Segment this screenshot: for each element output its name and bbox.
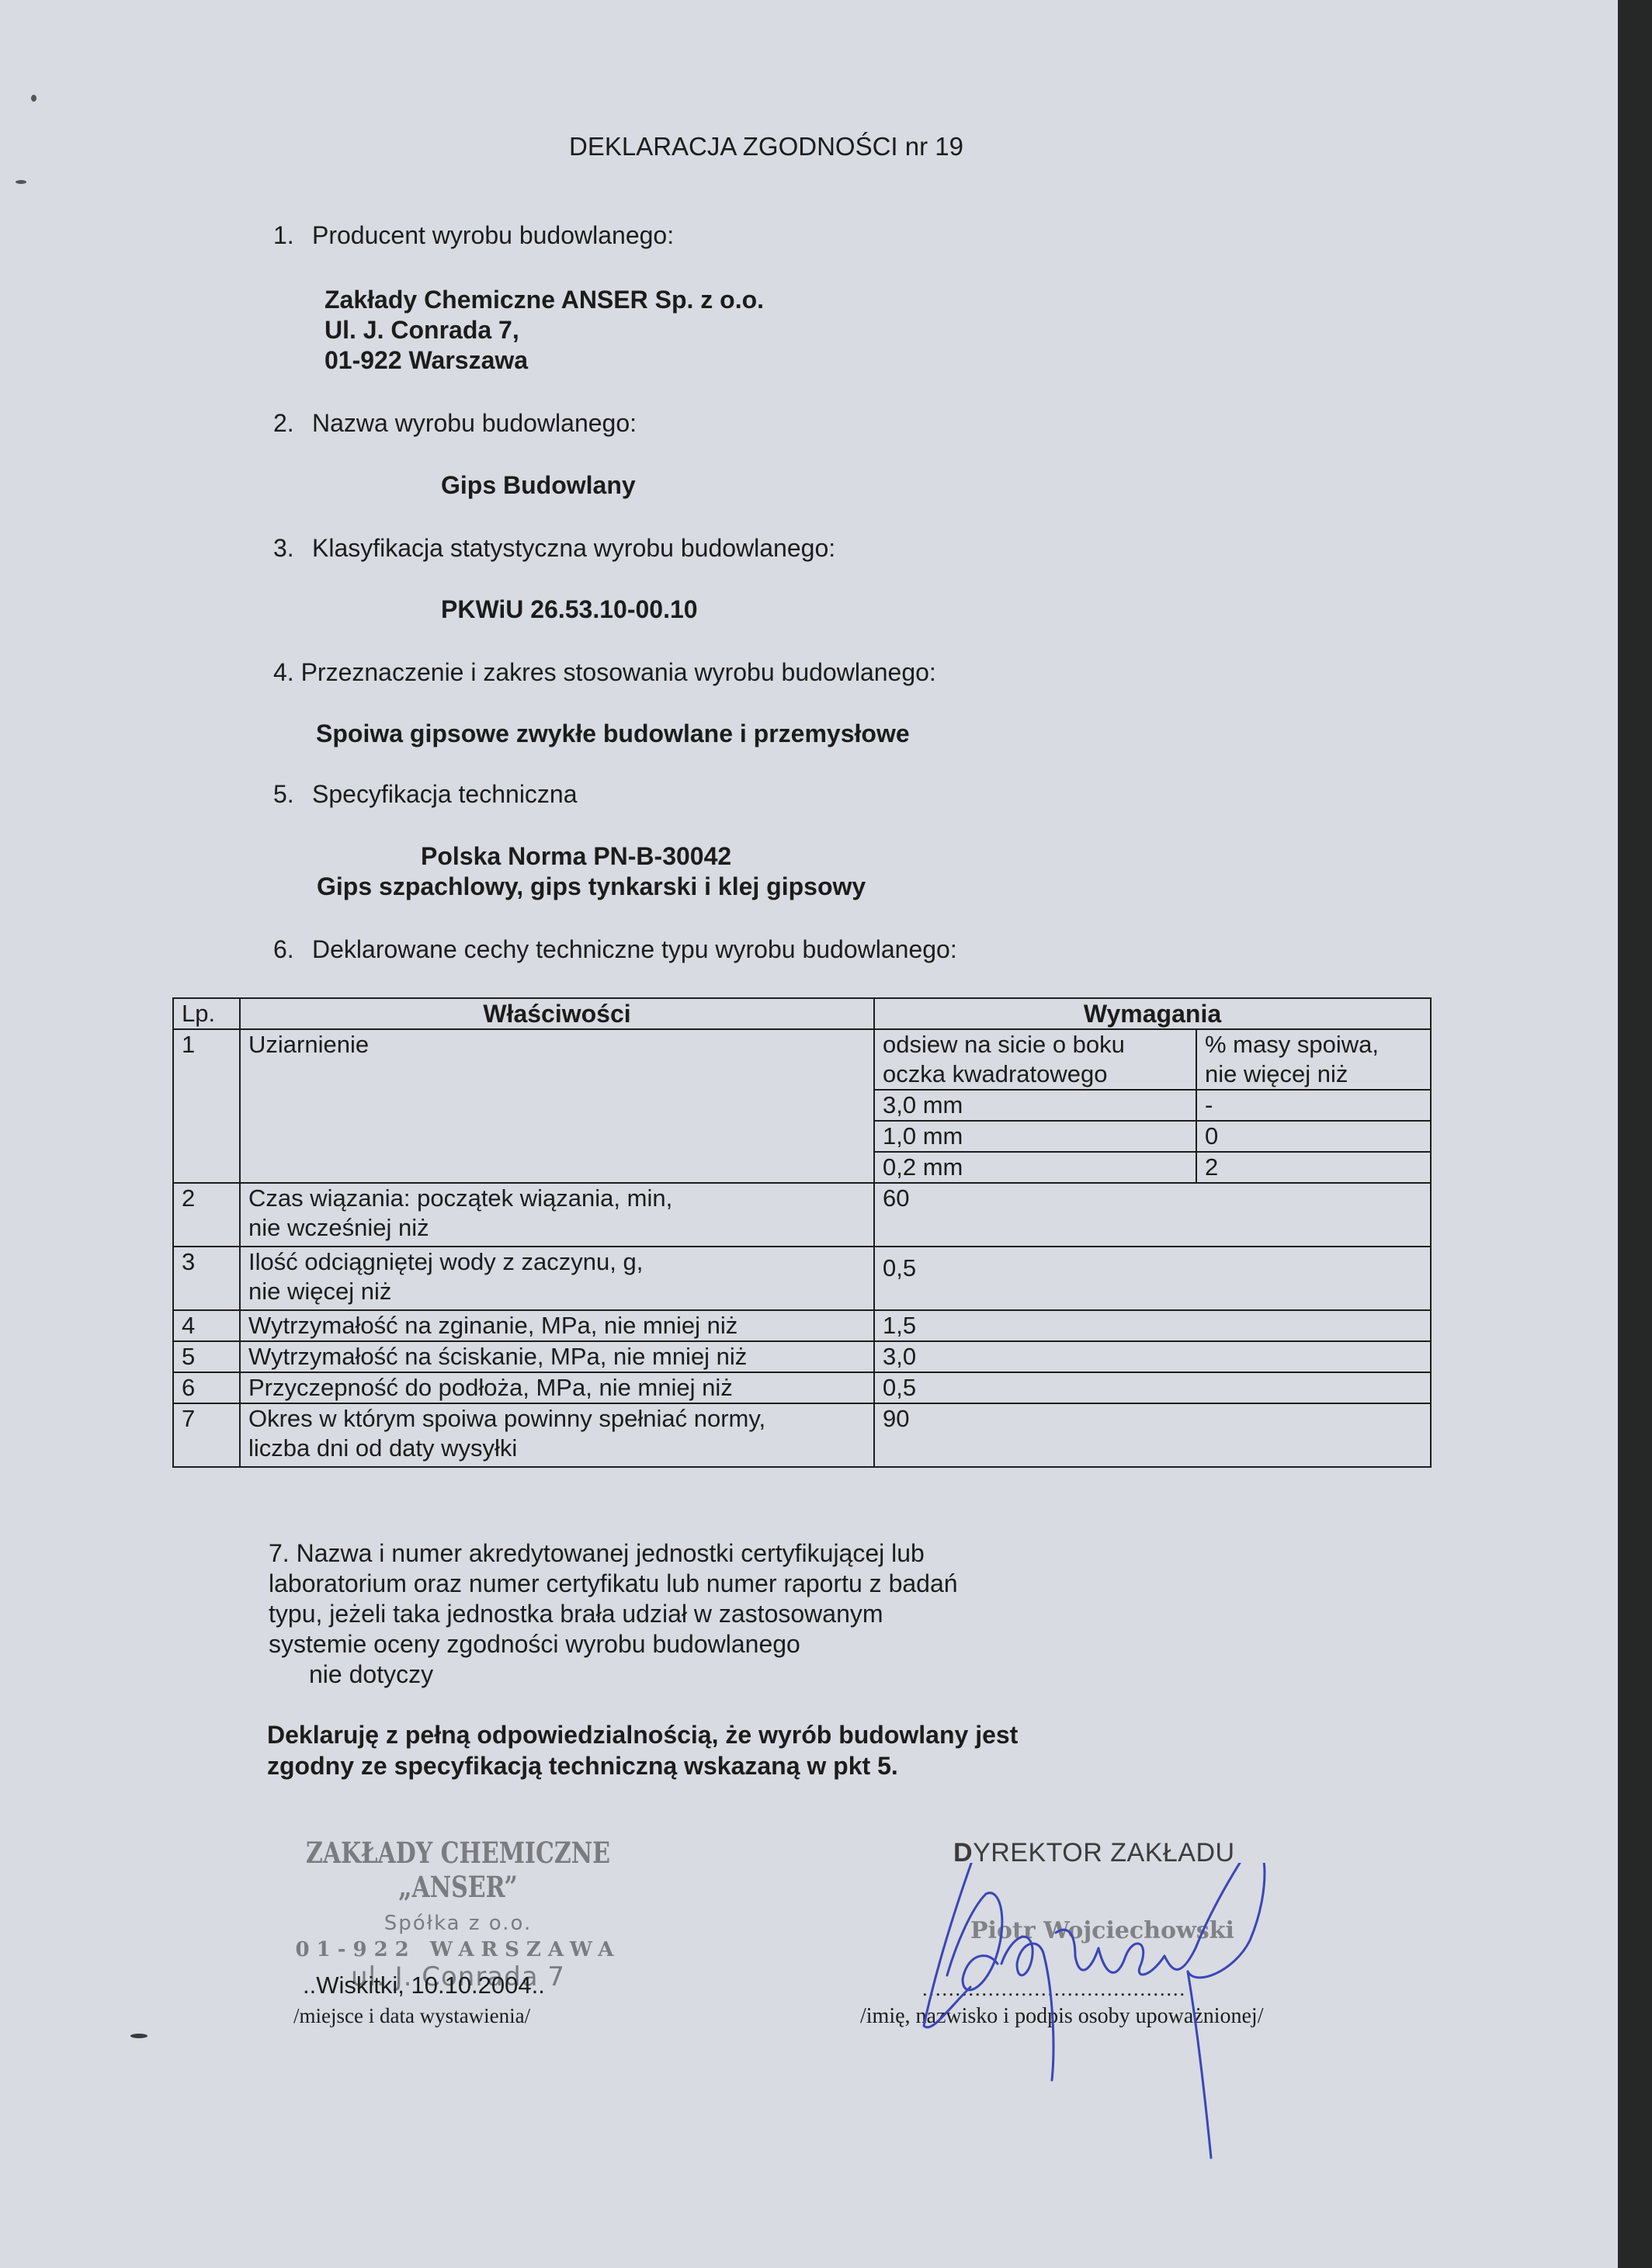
section-7-line: 7. Nazwa i numer akredytowanej jednostki… — [269, 1538, 958, 1569]
section-label: Nazwa wyrobu budowlanego: — [312, 409, 637, 437]
section-5-heading: 5.Specyfikacja techniczna — [273, 780, 578, 809]
stamp-company-type: Spółka z o.o. — [256, 1912, 660, 1935]
header-property: Właściwości — [240, 998, 874, 1029]
subheader-line: oczka kwadratowego — [883, 1060, 1108, 1087]
section-6-heading: 6.Deklarowane cechy techniczne typu wyro… — [273, 935, 957, 964]
sieve-value: - — [1196, 1090, 1431, 1121]
product-name: Gips Budowlany — [441, 471, 636, 500]
section-7-line: typu, jeżeli taka jednostka brała udział… — [269, 1599, 958, 1629]
subheader-line: % masy spoiwa, — [1205, 1031, 1379, 1058]
row-value: 0,5 — [874, 1247, 1431, 1310]
scan-speck — [130, 2034, 147, 2038]
sieve-size: 0,2 mm — [874, 1152, 1196, 1183]
property-line: nie więcej niż — [248, 1278, 391, 1305]
row-lp: 5 — [173, 1341, 240, 1372]
sieve-value: 0 — [1196, 1121, 1431, 1152]
table-header-row: Lp. Właściwości Wymagania — [173, 998, 1431, 1029]
row-lp: 2 — [173, 1183, 240, 1247]
row-property: Uziarnienie — [240, 1029, 874, 1183]
section-2-heading: 2.Nazwa wyrobu budowlanego: — [273, 409, 637, 438]
section-4-heading: 4. Przeznaczenie i zakres stosowania wyr… — [273, 658, 936, 687]
company-stamp: ZAKŁADY CHEMICZNE „ANSER” Spółka z o.o. … — [256, 1843, 660, 1992]
place-date: ..Wiskitki, 10.10.2004.. — [303, 1971, 545, 1999]
declaration-line: Deklaruję z pełną odpowiedzialnością, że… — [267, 1719, 1018, 1750]
row-value: 90 — [874, 1403, 1431, 1467]
intended-use: Spoiwa gipsowe zwykłe budowlane i przemy… — [316, 720, 910, 748]
table-row: 2 Czas wiązania: początek wiązania, min,… — [173, 1183, 1431, 1247]
property-line: liczba dni od daty wysyłki — [248, 1434, 517, 1462]
header-lp: Lp. — [173, 998, 240, 1029]
section-7-value: nie dotyczy — [269, 1659, 958, 1690]
row-property: Wytrzymałość na ściskanie, MPa, nie mnie… — [240, 1341, 874, 1372]
property-line: Czas wiązania: początek wiązania, min, — [248, 1184, 672, 1212]
header-requirements: Wymagania — [874, 998, 1431, 1029]
row-property: Okres w którym spoiwa powinny spełniać n… — [240, 1403, 874, 1467]
value-text: 0,5 — [883, 1254, 916, 1281]
row-lp: 6 — [173, 1372, 240, 1403]
row-value: 1,5 — [874, 1310, 1431, 1341]
property-line: Okres w którym spoiwa powinny spełniać n… — [248, 1405, 765, 1432]
pkwiu-code: PKWiU 26.53.10-00.10 — [441, 595, 698, 624]
property-line: nie wcześniej niż — [248, 1214, 429, 1241]
row-property: Czas wiązania: początek wiązania, min,ni… — [240, 1183, 874, 1247]
table-row: 3 Ilość odciągniętej wody z zaczynu, g,n… — [173, 1247, 1431, 1310]
handwritten-signature — [901, 1863, 1335, 2189]
row-lp: 3 — [173, 1247, 240, 1310]
subheader-line: odsiew na sicie o boku — [883, 1031, 1125, 1058]
producer-name: Zakłady Chemiczne ANSER Sp. z o.o. — [324, 286, 764, 314]
section-number: 3. — [273, 534, 312, 563]
subheader-line: nie więcej niż — [1205, 1060, 1348, 1087]
scan-speck — [16, 180, 26, 184]
table-row: 4 Wytrzymałość na zginanie, MPa, nie mni… — [173, 1310, 1431, 1341]
section-label: Specyfikacja techniczna — [312, 780, 578, 808]
row-property: Wytrzymałość na zginanie, MPa, nie mniej… — [240, 1310, 874, 1341]
row-property: Ilość odciągniętej wody z zaczynu, g,nie… — [240, 1247, 874, 1310]
sieve-size: 3,0 mm — [874, 1090, 1196, 1121]
declaration-statement: Deklaruję z pełną odpowiedzialnością, że… — [267, 1719, 1018, 1781]
stamp-company-name: ZAKŁADY CHEMICZNE „ANSER” — [256, 1836, 660, 1905]
sieve-subheader: odsiew na sicie o bokuoczka kwadratowego — [874, 1029, 1196, 1090]
producer-city: 01-922 Warszawa — [324, 346, 528, 375]
property-line: Ilość odciągniętej wody z zaczynu, g, — [248, 1248, 643, 1275]
section-1-heading: 1.Producent wyrobu budowlanego: — [273, 221, 674, 250]
section-number: 4. — [273, 658, 294, 686]
row-lp: 1 — [173, 1029, 240, 1183]
section-number: 6. — [273, 935, 312, 964]
place-date-caption: /miejsce i data wystawienia/ — [293, 2004, 530, 2028]
section-label: Klasyfikacja statystyczna wyrobu budowla… — [312, 534, 835, 562]
standard-description: Gips szpachlowy, gips tynkarski i klej g… — [317, 872, 866, 901]
section-7-line: systemie oceny zgodności wyrobu budowlan… — [269, 1629, 958, 1659]
table-row: 7 Okres w którym spoiwa powinny spełniać… — [173, 1403, 1431, 1467]
section-3-heading: 3.Klasyfikacja statystyczna wyrobu budow… — [273, 534, 835, 563]
section-number: 5. — [273, 780, 312, 809]
row-value: 60 — [874, 1183, 1431, 1247]
section-number: 2. — [273, 409, 312, 438]
scanner-edge — [1618, 0, 1652, 2268]
row-lp: 7 — [173, 1403, 240, 1467]
properties-table: Lp. Właściwości Wymagania 1 Uziarnienie … — [172, 997, 1432, 1468]
section-label: Deklarowane cechy techniczne typu wyrobu… — [312, 935, 957, 963]
section-7-text: 7. Nazwa i numer akredytowanej jednostki… — [269, 1538, 958, 1690]
stamp-postal-city: 01-922 WARSZAWA — [256, 1938, 660, 1961]
standard-name: Polska Norma PN-B-30042 — [421, 842, 731, 871]
declaration-line: zgodny ze specyfikacją techniczną wskaza… — [267, 1750, 1018, 1781]
sieve-size: 1,0 mm — [874, 1121, 1196, 1152]
mass-subheader: % masy spoiwa,nie więcej niż — [1196, 1029, 1431, 1090]
row-lp: 4 — [173, 1310, 240, 1341]
section-label: Producent wyrobu budowlanego: — [312, 221, 674, 249]
section-label: Przeznaczenie i zakres stosowania wyrobu… — [301, 658, 936, 686]
section-number: 1. — [273, 221, 312, 250]
section-7-line: laboratorium oraz numer certyfikatu lub … — [269, 1569, 958, 1599]
row-property: Przyczepność do podłoża, MPa, nie mniej … — [240, 1372, 874, 1403]
producer-street: Ul. J. Conrada 7, — [324, 316, 519, 345]
sieve-value: 2 — [1196, 1152, 1431, 1183]
scan-speck — [31, 95, 36, 102]
document-title: DEKLARACJA ZGODNOŚCI nr 19 — [569, 132, 963, 161]
table-row: 5 Wytrzymałość na ściskanie, MPa, nie mn… — [173, 1341, 1431, 1372]
row-value: 3,0 — [874, 1341, 1431, 1372]
table-row: 6 Przyczepność do podłoża, MPa, nie mnie… — [173, 1372, 1431, 1403]
row-value: 0,5 — [874, 1372, 1431, 1403]
table-row: 1 Uziarnienie odsiew na sicie o bokuoczk… — [173, 1029, 1431, 1090]
